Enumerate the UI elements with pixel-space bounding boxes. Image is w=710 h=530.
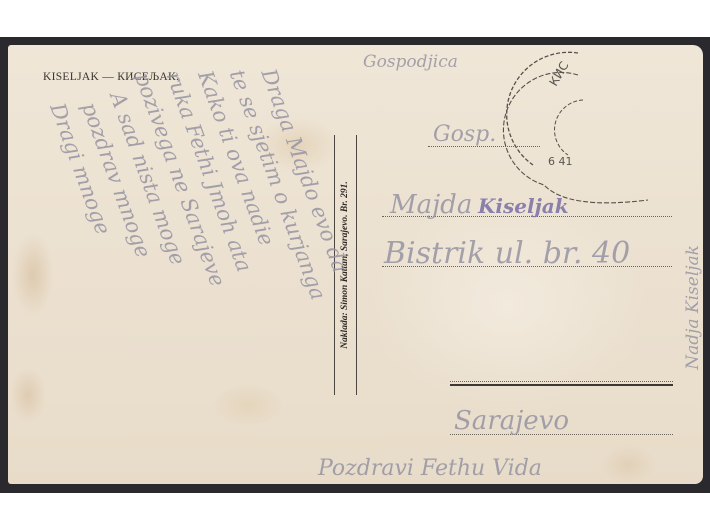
svg-text:pozivega ne Sarajeve: pozivega ne Sarajeve bbox=[130, 69, 230, 290]
address-line-dotted-upper bbox=[450, 381, 673, 382]
side-note: Nadja Kiseljak bbox=[683, 245, 703, 371]
printed-caption: KISELJAK — КИСЕЉАК. bbox=[43, 71, 179, 83]
address-line-street bbox=[382, 266, 672, 267]
right-divider-line bbox=[356, 135, 357, 395]
svg-text:6 41: 6 41 bbox=[548, 155, 573, 168]
address-line-name bbox=[382, 216, 672, 217]
address-city-text: Sarajevo bbox=[454, 406, 569, 436]
svg-text:pozdrav mnoge: pozdrav mnoge bbox=[77, 99, 156, 261]
publisher-imprint: Naklada: Simon Kattan, Sarajevo. Br. 291… bbox=[340, 181, 350, 349]
left-divider-line bbox=[334, 135, 335, 395]
svg-text:КИС: КИС bbox=[546, 59, 571, 88]
svg-text:Kako ti ova nadie: Kako ti ova nadie bbox=[193, 66, 279, 248]
handwritten-message: Draga Majdo evo da te se sjetim o kurjan… bbox=[45, 45, 359, 365]
svg-text:ruka Fethi Jmoh ata: ruka Fethi Jmoh ata bbox=[162, 68, 257, 275]
postcard-back: KISELJAK — КИСЕЉАК. Naklada: Simon Katta… bbox=[8, 45, 703, 484]
svg-text:Draga Majdo evo da: Draga Majdo evo da bbox=[256, 65, 352, 276]
svg-text:te se sjetim o kurjanga: te se sjetim o kurjanga bbox=[225, 67, 331, 304]
bottom-greeting: Pozdravi Fethu Vida bbox=[317, 456, 542, 481]
svg-text:Dragi mnoge: Dragi mnoge bbox=[45, 99, 115, 238]
address-line-city bbox=[450, 434, 673, 435]
top-scribble: Gospodjica bbox=[363, 52, 458, 72]
postmark-stamp: КИС 6 41 bbox=[503, 52, 648, 203]
address-line-title bbox=[428, 146, 540, 147]
address-line-solid bbox=[450, 384, 673, 386]
svg-text:A sad nista moge: A sad nista moge bbox=[104, 87, 190, 268]
address-title-text: Gosp. bbox=[433, 122, 496, 147]
violet-cancel-stamp: Kiseljak bbox=[477, 194, 569, 218]
